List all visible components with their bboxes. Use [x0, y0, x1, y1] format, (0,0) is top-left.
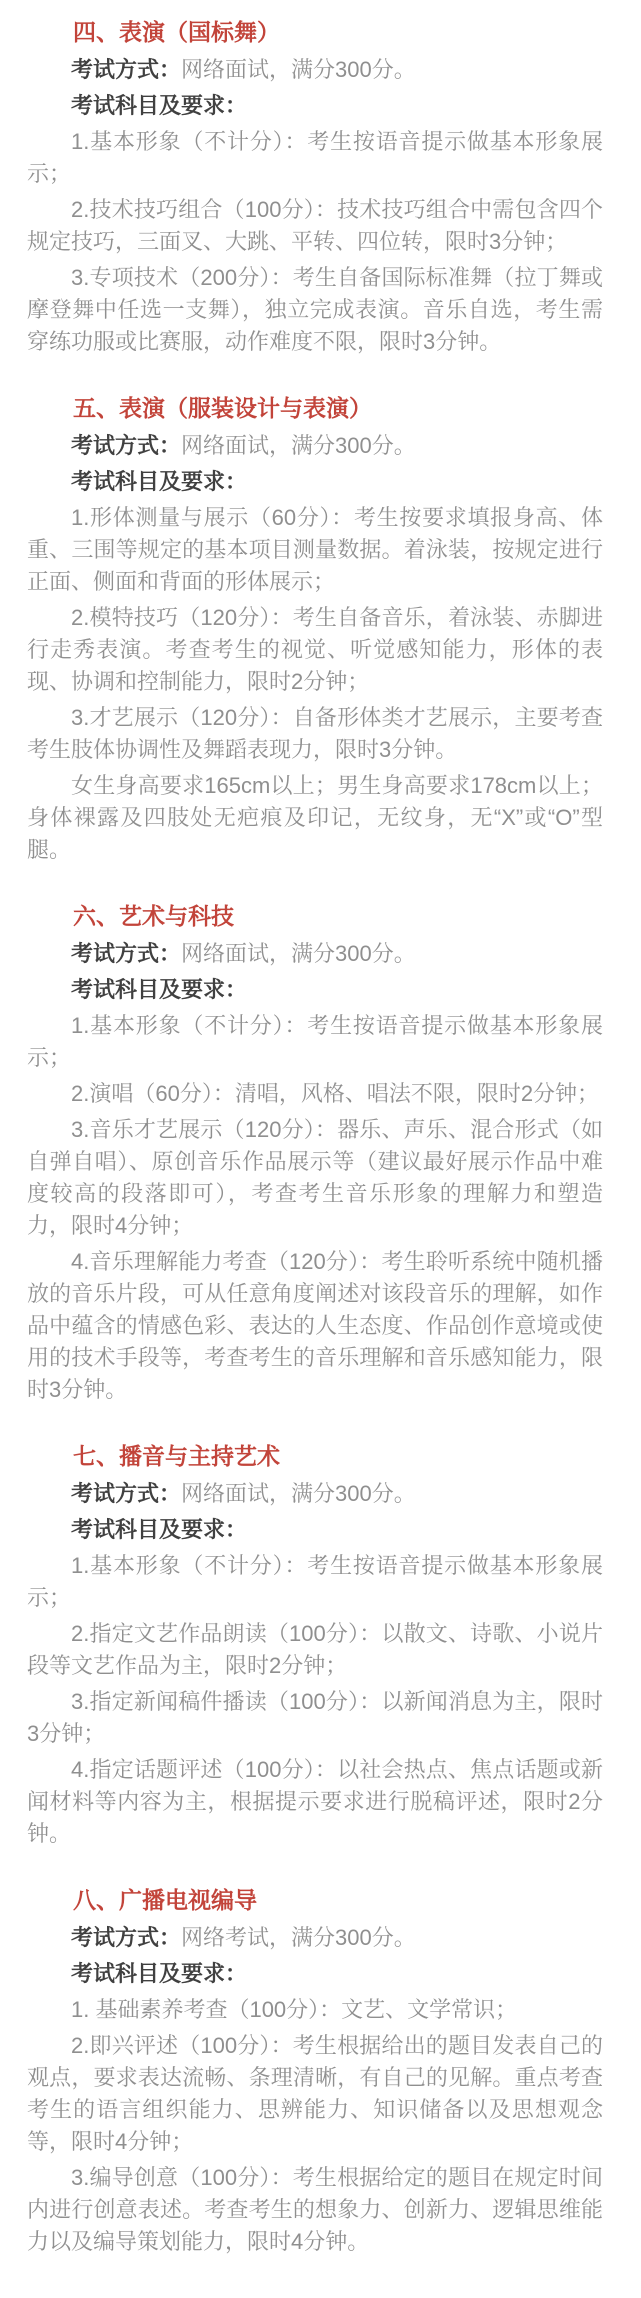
exam-method-line: 考试方式：网络面试，满分300分。 — [27, 938, 603, 970]
exam-method-label: 考试方式： — [71, 433, 181, 458]
exam-subjects-label: 考试科目及要求： — [27, 1958, 603, 1990]
exam-item: 1. 基础素养考查（100分）：文艺、文学常识； — [27, 1994, 603, 2026]
exam-item: 2.指定文艺作品朗读（100分）：以散文、诗歌、小说片段等文艺作品为主，限时2分… — [27, 1618, 603, 1682]
exam-method-line: 考试方式：网络面试，满分300分。 — [27, 54, 603, 86]
exam-item: 2.技术技巧组合（100分）：技术技巧组合中需包含四个规定技巧，三面叉、大跳、平… — [27, 194, 603, 258]
section-heading: 六、艺术与科技 — [73, 900, 603, 933]
section-heading: 八、广播电视编导 — [73, 1884, 603, 1917]
exam-item: 4.音乐理解能力考查（120分）：考生聆听系统中随机播放的音乐片段，可从任意角度… — [27, 1246, 603, 1406]
exam-subjects-label: 考试科目及要求： — [27, 1514, 603, 1546]
exam-method-label: 考试方式： — [71, 941, 181, 966]
exam-item: 4.指定话题评述（100分）：以社会热点、焦点话题或新闻材料等内容为主，根据提示… — [27, 1754, 603, 1850]
exam-method-line: 考试方式：网络面试，满分300分。 — [27, 430, 603, 462]
exam-method-label: 考试方式： — [71, 57, 181, 82]
exam-method-value: 网络考试，满分300分。 — [181, 1925, 416, 1950]
exam-item: 3.指定新闻稿件播读（100分）：以新闻消息为主，限时3分钟； — [27, 1686, 603, 1750]
section-performance-fashion-design: 五、表演（服装设计与表演） 考试方式：网络面试，满分300分。 考试科目及要求：… — [27, 392, 603, 866]
section-heading: 七、播音与主持艺术 — [73, 1440, 603, 1473]
exam-item: 1.形体测量与展示（60分）：考生按要求填报身高、体重、三围等规定的基本项目测量… — [27, 502, 603, 598]
section-art-and-technology: 六、艺术与科技 考试方式：网络面试，满分300分。 考试科目及要求： 1.基本形… — [27, 900, 603, 1406]
exam-item: 3.才艺展示（120分）：自备形体类才艺展示，主要考查考生肢体协调性及舞蹈表现力… — [27, 702, 603, 766]
exam-item: 2.模特技巧（120分）：考生自备音乐，着泳装、赤脚进行走秀表演。考查考生的视觉… — [27, 602, 603, 698]
section-broadcasting-and-hosting: 七、播音与主持艺术 考试方式：网络面试，满分300分。 考试科目及要求： 1.基… — [27, 1440, 603, 1850]
exam-item: 3.编导创意（100分）：考生根据给定的题目在规定时间内进行创意表述。考查考生的… — [27, 2162, 603, 2258]
exam-method-value: 网络面试，满分300分。 — [181, 1481, 416, 1506]
section-heading: 四、表演（国标舞） — [73, 16, 603, 49]
exam-item: 3.音乐才艺展示（120分）：器乐、声乐、混合形式（如自弹自唱）、原创音乐作品展… — [27, 1114, 603, 1242]
exam-item: 女生身高要求165cm以上；男生身高要求178cm以上；身体裸露及四肢处无疤痕及… — [27, 770, 603, 866]
exam-item: 1.基本形象（不计分）：考生按语音提示做基本形象展示； — [27, 1550, 603, 1614]
exam-subjects-label: 考试科目及要求： — [27, 974, 603, 1006]
exam-method-value: 网络面试，满分300分。 — [181, 57, 416, 82]
exam-subjects-label: 考试科目及要求： — [27, 90, 603, 122]
exam-item: 1.基本形象（不计分）：考生按语音提示做基本形象展示； — [27, 1010, 603, 1074]
exam-method-label: 考试方式： — [71, 1925, 181, 1950]
exam-method-value: 网络面试，满分300分。 — [181, 941, 416, 966]
exam-subjects-label: 考试科目及要求： — [27, 466, 603, 498]
article-page: 四、表演（国标舞） 考试方式：网络面试，满分300分。 考试科目及要求： 1.基… — [0, 0, 641, 2298]
exam-item: 3.专项技术（200分）：考生自备国际标准舞（拉丁舞或摩登舞中任选一支舞），独立… — [27, 262, 603, 358]
section-heading: 五、表演（服装设计与表演） — [73, 392, 603, 425]
section-performance-international-dance: 四、表演（国标舞） 考试方式：网络面试，满分300分。 考试科目及要求： 1.基… — [27, 16, 603, 358]
exam-method-line: 考试方式：网络考试，满分300分。 — [27, 1922, 603, 1954]
exam-method-label: 考试方式： — [71, 1481, 181, 1506]
section-radio-tv-directing: 八、广播电视编导 考试方式：网络考试，满分300分。 考试科目及要求： 1. 基… — [27, 1884, 603, 2258]
exam-item: 2.演唱（60分）：清唱，风格、唱法不限，限时2分钟； — [27, 1078, 603, 1110]
exam-method-value: 网络面试，满分300分。 — [181, 433, 416, 458]
exam-method-line: 考试方式：网络面试，满分300分。 — [27, 1478, 603, 1510]
exam-item: 1.基本形象（不计分）：考生按语音提示做基本形象展示； — [27, 126, 603, 190]
exam-item: 2.即兴评述（100分）：考生根据给出的题目发表自己的观点，要求表达流畅、条理清… — [27, 2030, 603, 2158]
